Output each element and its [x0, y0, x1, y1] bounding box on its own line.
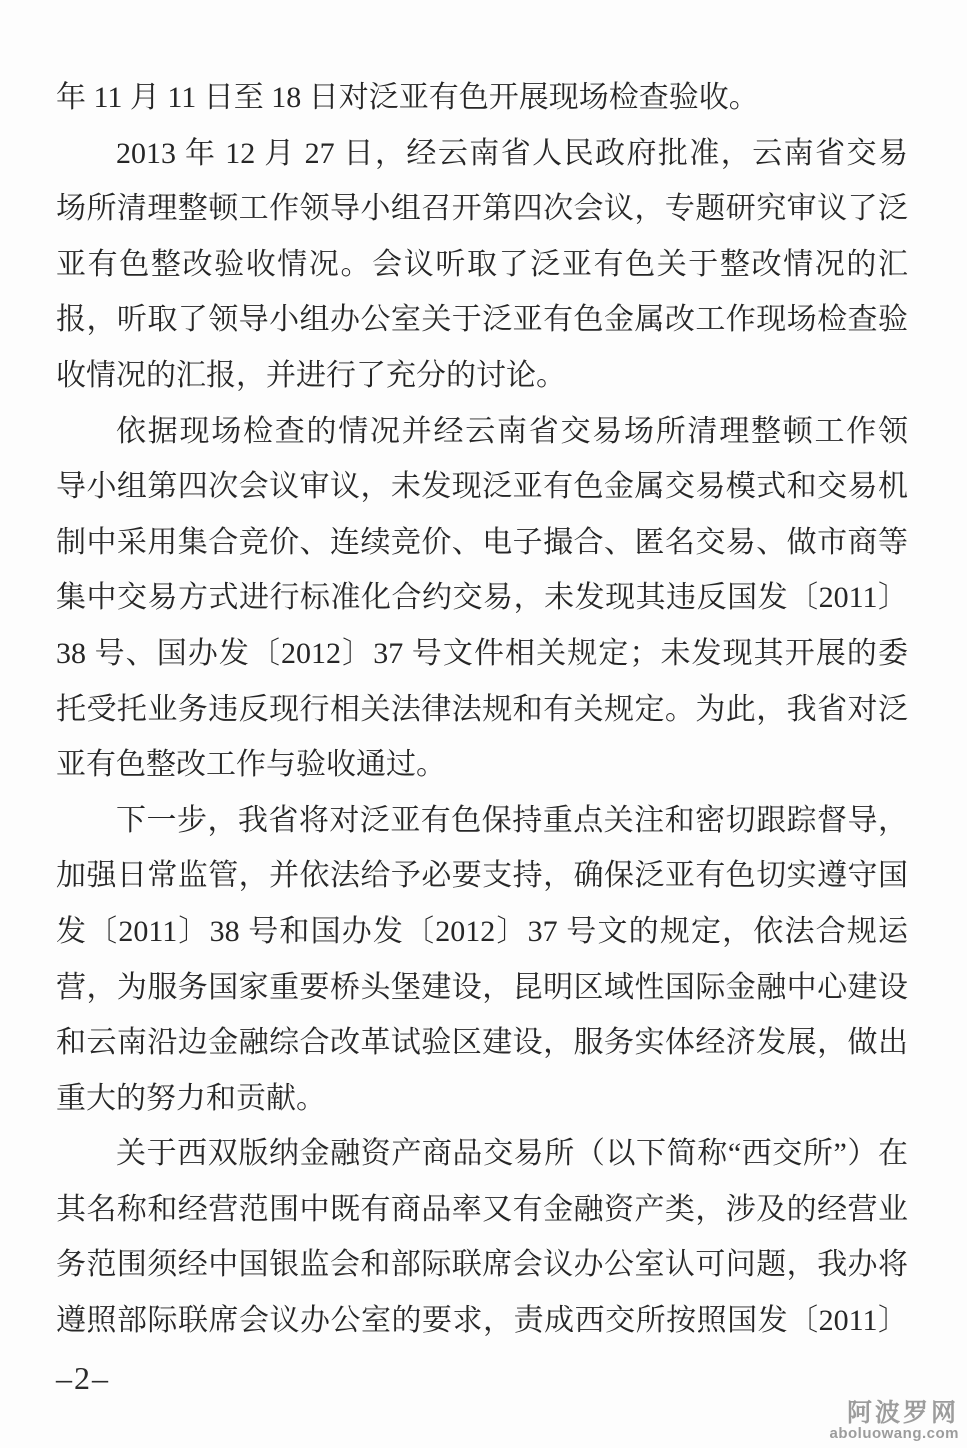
text-line: 亚有色整改验收情况。会议听取了泛亚有色关于整改情况的汇: [56, 237, 908, 293]
text-line: 场所清理整顿工作领导小组召开第四次会议，专题研究审议了泛: [56, 181, 908, 237]
text-line: 重大的努力和贡献。: [56, 1071, 908, 1127]
text-line: 关于西双版纳金融资产商品交易所（以下简称“西交所”）在: [56, 1126, 908, 1182]
text-line: 其名称和经营范围中既有商品率又有金融资产类，涉及的经营业: [56, 1182, 908, 1238]
text-line: 和云南沿边金融综合改革试验区建设，服务实体经济发展，做出: [56, 1015, 908, 1071]
text-line: 下一步，我省将对泛亚有色保持重点关注和密切跟踪督导，: [56, 793, 908, 849]
text-line: 2013 年 12 月 27 日，经云南省人民政府批准，云南省交易: [56, 126, 908, 182]
watermark-site-name: 阿波罗网: [829, 1400, 959, 1426]
page-number: –2–: [56, 1360, 110, 1397]
text-line: 依据现场检查的情况并经云南省交易场所清理整顿工作领: [56, 404, 908, 460]
text-line: 报，听取了领导小组办公室关于泛亚有色金属改工作现场检查验: [56, 292, 908, 348]
text-line: 年 11 月 11 日至 18 日对泛亚有色开展现场检查验收。: [56, 70, 908, 126]
text-line: 38 号、国办发〔2012〕37 号文件相关规定；未发现其开展的委: [56, 626, 908, 682]
text-line: 集中交易方式进行标准化合约交易，未发现其违反国发〔2011〕: [56, 570, 908, 626]
watermark: 阿波罗网 aboluowang.com: [829, 1400, 959, 1442]
watermark-site-url: aboluowang.com: [829, 1426, 959, 1442]
text-line: 制中采用集合竞价、连续竞价、电子撮合、匿名交易、做市商等: [56, 515, 908, 571]
text-line: 务范围须经中国银监会和部际联席会议办公室认可问题，我办将: [56, 1237, 908, 1293]
text-line: 遵照部际联席会议办公室的要求，责成西交所按照国发〔2011〕: [56, 1293, 908, 1349]
text-line: 收情况的汇报，并进行了充分的讨论。: [56, 348, 908, 404]
text-line: 加强日常监管，并依法给予必要支持，确保泛亚有色切实遵守国: [56, 848, 908, 904]
document-page: 年 11 月 11 日至 18 日对泛亚有色开展现场检查验收。 2013 年 1…: [0, 0, 967, 1448]
text-line: 发〔2011〕38 号和国办发〔2012〕37 号文的规定，依法合规运: [56, 904, 908, 960]
text-line: 托受托业务违反现行相关法律法规和有关规定。为此，我省对泛: [56, 682, 908, 738]
text-line: 亚有色整改工作与验收通过。: [56, 737, 908, 793]
body-text: 年 11 月 11 日至 18 日对泛亚有色开展现场检查验收。 2013 年 1…: [56, 70, 908, 1349]
text-line: 导小组第四次会议审议，未发现泛亚有色金属交易模式和交易机: [56, 459, 908, 515]
text-line: 营，为服务国家重要桥头堡建设，昆明区域性国际金融中心建设: [56, 960, 908, 1016]
